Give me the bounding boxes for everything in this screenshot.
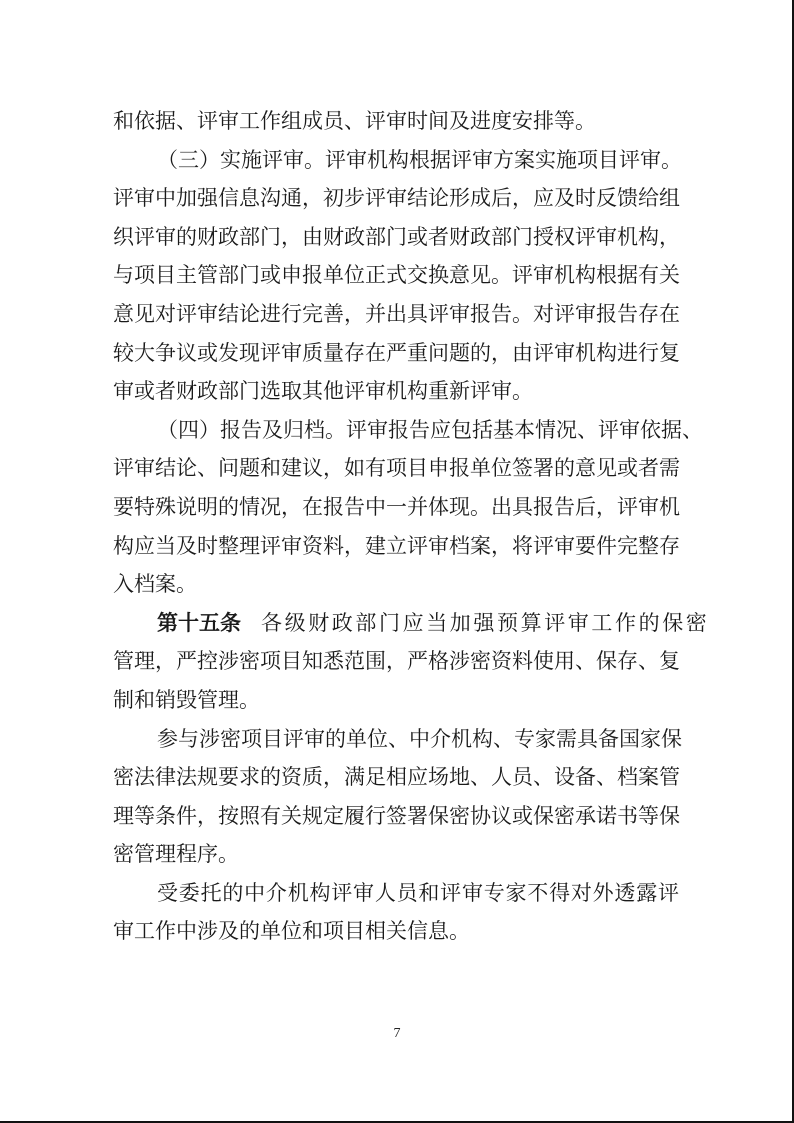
paragraph-line: 较大争议或发现评审质量存在严重问题的，由评审机构进行复 [113,334,679,373]
paragraph-line: 参与涉密项目评审的单位、中介机构、专家需具备国家保 [113,720,679,759]
document-body: 和依据、评审工作组成员、评审时间及进度安排等。 （三）实施评审。评审机构根据评审… [113,102,679,951]
paragraph-line: 入档案。 [113,565,679,604]
paragraph-line: 评审结论、问题和建议，如有项目申报单位签署的意见或者需 [113,449,679,488]
article-label: 第十五条 [157,611,241,635]
paragraph-line: （四）报告及归档。评审报告应包括基本情况、评审依据、 [113,411,679,450]
paragraph-line: 审工作中涉及的单位和项目相关信息。 [113,912,679,951]
paragraph-line: 和依据、评审工作组成员、评审时间及进度安排等。 [113,102,679,141]
paragraph-line-text: 各级财政部门应当加强预算评审工作的保密 [261,611,709,635]
paragraph-line: 密法律法规要求的资质，满足相应场地、人员、设备、档案管 [113,758,679,797]
paragraph-line: 受委托的中介机构评审人员和评审专家不得对外透露评 [113,874,679,913]
paragraph-line: （三）实施评审。评审机构根据评审方案实施项目评审。 [113,141,679,180]
paragraph-line: 意见对评审结论进行完善，并出具评审报告。对评审报告存在 [113,295,679,334]
page-number: 7 [0,1026,794,1042]
paragraph-line: 密管理程序。 [113,835,679,874]
paragraph-line: 管理，严控涉密项目知悉范围，严格涉密资料使用、保存、复 [113,642,679,681]
paragraph-line: 制和销毁管理。 [113,681,679,720]
paragraph-line: 与项目主管部门或申报单位正式交换意见。评审机构根据有关 [113,256,679,295]
paragraph-line: 审或者财政部门选取其他评审机构重新评审。 [113,372,679,411]
article-first-line: 第十五条各级财政部门应当加强预算评审工作的保密 [113,604,679,643]
document-page: 和依据、评审工作组成员、评审时间及进度安排等。 （三）实施评审。评审机构根据评审… [0,0,794,1123]
paragraph-line: 理等条件，按照有关规定履行签署保密协议或保密承诺书等保 [113,797,679,836]
paragraph-line: 要特殊说明的情况，在报告中一并体现。出具报告后，评审机 [113,488,679,527]
paragraph-line: 构应当及时整理评审资料，建立评审档案，将评审要件完整存 [113,527,679,566]
paragraph-line: 评审中加强信息沟通，初步评审结论形成后，应及时反馈给组 [113,179,679,218]
paragraph-line: 织评审的财政部门，由财政部门或者财政部门授权评审机构， [113,218,679,257]
